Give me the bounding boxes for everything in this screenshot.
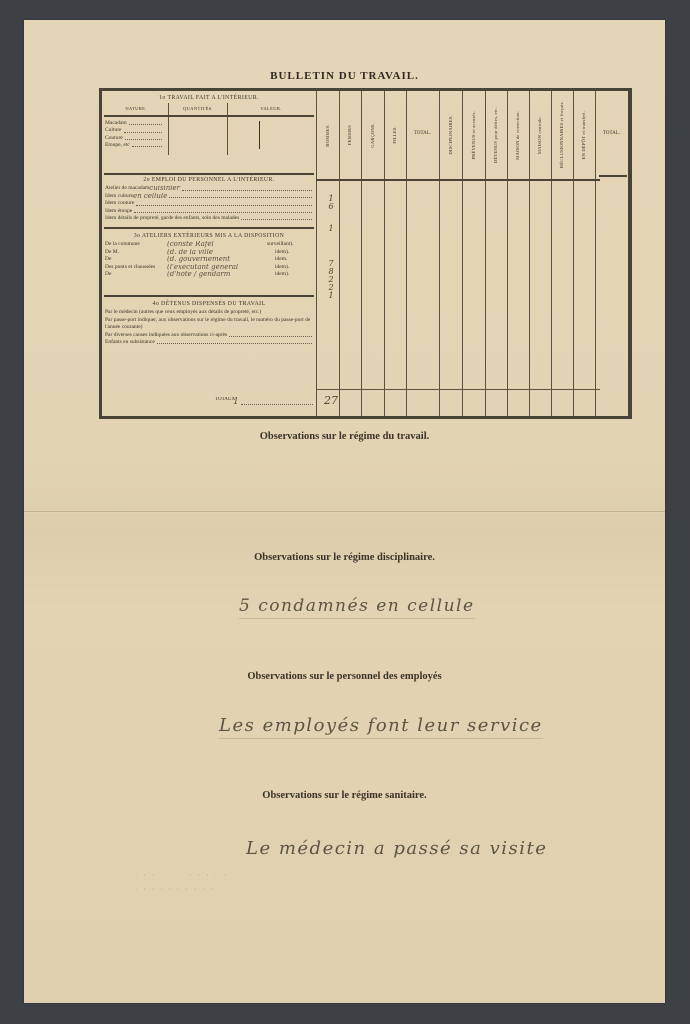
observations-disciplinaire-heading: Observations sur le régime disciplinaire… [24,552,665,563]
header-maison-correction: MAISON de correction. [507,95,529,175]
section-title: 1o TRAVAIL FAIT A L'INTÉRIEUR. [102,95,316,102]
header-disciplinaires: DISCIPLINAIRES. [439,95,462,175]
header-detenus-dettes: DÉTENUS pour dettes, etc. [485,95,507,175]
section-title: 4o DÉTENUS DISPENSÉS DU TRAVAIL [102,301,316,308]
observations-disciplinaire-text: 5 condamnés en cellule [239,596,475,619]
observations-sanitaire-text: Le médecin a passé sa visite [246,838,547,861]
header-femmes: FEMMES [339,95,361,175]
header-reclusionnaires: RÉCLUSIONNAIRES et forçats. [551,95,573,175]
document-title: BULLETIN DU TRAVAIL. [24,70,665,82]
row-idem-proprete: Idem détails de propreté, garde des enfa… [102,215,316,222]
section-title: 3o ATELIERS EXTÉRIEURS MIS A LA DISPOSIT… [102,233,316,240]
handwritten-entry: (d. gouvernement [167,256,275,263]
header-total-1: TOTAL. [406,131,439,136]
header-en-depot: EN DÉPÔT et transfert. [573,95,595,175]
count-cell: 1 [320,291,342,300]
row-macadam: Macadam [102,120,166,127]
header-filles: FILLES. [384,95,406,175]
header-maison-centrale: MAISON centrale. [529,95,551,175]
row-de-2: De(d'hôte / gendarmidem). [102,271,316,278]
section-exterior-workshops: 3o ATELIERS EXTÉRIEURS MIS A LA DISPOSIT… [102,233,316,278]
bleed-through-text: · · · · · · · · [134,872,226,880]
observations-sanitaire-heading: Observations sur le régime sanitaire. [24,790,665,801]
col-valeur: VALEUR. [227,103,314,114]
row-etoupe: Étoupe, etc [102,142,166,149]
count-cell: 1 [320,224,342,233]
row-diverses-causes: Par diverses causes indiquées aux observ… [102,332,316,339]
row-medecin: Par le médecin (autres que ceux employés… [102,309,316,316]
paper-fold [24,511,665,513]
row-atelier-macadam: Atelier de macadamcuisinier [102,185,316,192]
row-idem-culture: Idem cultureen cellule [102,193,316,200]
header-total-2: TOTAL. [595,131,628,136]
totals-count: 27 [320,394,342,407]
document-page: BULLETIN DU TRAVAIL. 1o TRAVAIL FAIT A L… [24,20,665,1003]
section-interior-work: 1o TRAVAIL FAIT A L'INTÉRIEUR. NATURE. Q… [102,95,316,155]
header-garcons: GARÇONS. [361,95,384,175]
work-bulletin-table: 1o TRAVAIL FAIT A L'INTÉRIEUR. NATURE. Q… [99,88,632,419]
row-couture: Couture [102,135,166,142]
row-commune: De la commune(conste Rafelsurveillant). [102,241,316,248]
totals-row: TOTAUX 1 [212,397,317,407]
col-quantites: QUANTITÉS. [168,103,227,114]
bleed-through-text: · · · · · · · · · · [134,886,214,894]
totals-label: TOTAUX [215,397,235,407]
row-idem-couture: Idem couture [102,200,316,207]
section-title: 2o EMPLOI DU PERSONNEL A L'INTÉRIEUR. [102,177,316,184]
row-idem-etoupe: Idem étoupe [102,208,316,215]
row-enfants: Enfants en subsistance [102,339,316,346]
row-de-m: De M.(d. de la villeidem). [102,249,316,256]
table-left-panel: 1o TRAVAIL FAIT A L'INTÉRIEUR. NATURE. Q… [102,91,316,416]
row-ponts-chaussees: Des ponts et chaussées(l'exécutant génér… [102,264,316,271]
section-interior-personnel: 2o EMPLOI DU PERSONNEL A L'INTÉRIEUR. At… [102,177,316,222]
count-cell: 6 [320,202,342,211]
section1-column-headers: NATURE. QUANTITÉS. VALEUR. [104,103,314,116]
handwritten-entry: (l'exécutant général [167,264,275,271]
handwritten-entry: (conste Rafel [167,241,267,248]
observations-employes-heading: Observations sur le personnel des employ… [24,671,665,682]
header-hommes: HOMMES. [316,95,339,175]
row-passe-port: Par passe-port indiquer, aux observation… [102,317,316,332]
handwritten-entry: (d. de la ville [167,249,275,256]
row-de-1: De(d. gouvernementidem. [102,256,316,263]
observations-employes-text: Les employés font leur service [219,715,543,739]
handwritten-entry: cuisinier [149,185,180,192]
header-prevenus: PRÉVENUS et accusés. [462,95,485,175]
handwritten-entry: en cellule [133,193,167,200]
row-culture: Culture [102,127,166,134]
section-exempted-detainees: 4o DÉTENUS DISPENSÉS DU TRAVAIL Par le m… [102,301,316,346]
handwritten-entry: (d'hôte / gendarm [167,271,275,278]
col-nature: NATURE. [104,103,168,114]
observations-travail-heading: Observations sur le régime du travail. [24,431,665,442]
